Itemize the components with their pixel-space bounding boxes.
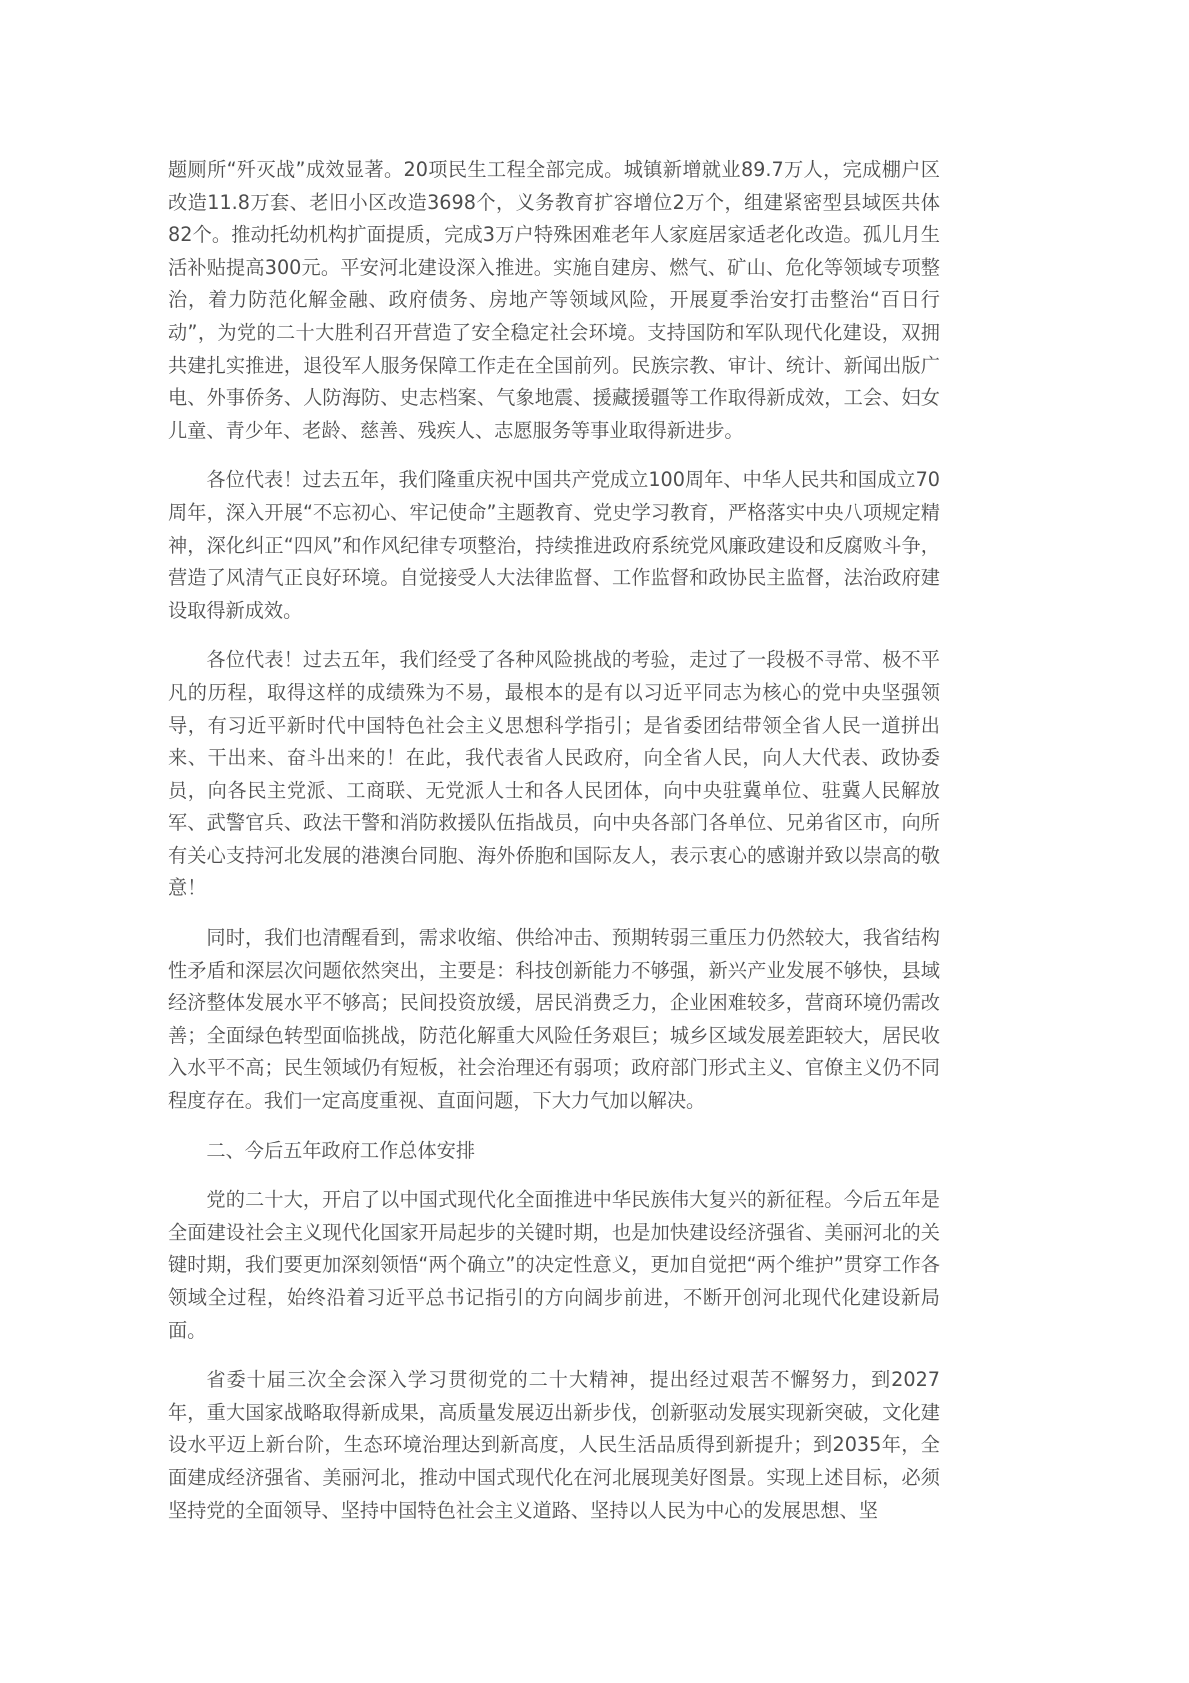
section-heading: 二、今后五年政府工作总体安排	[168, 1135, 940, 1168]
document-page: 题厕所“歼灭战”成效显著。20项民生工程全部完成。城镇新增就业89.7万人，完成…	[168, 154, 940, 1544]
paragraph-challenges: 同时，我们也清醒看到，需求收缩、供给冲击、预期转弱三重压力仍然较大，我省结构性矛…	[168, 922, 940, 1118]
paragraph-goals: 省委十届三次全会深入学习贯彻党的二十大精神，提出经过艰苦不懈努力，到2027年，…	[168, 1364, 940, 1527]
paragraph-livelihood-achievements: 题厕所“歼灭战”成效显著。20项民生工程全部完成。城镇新增就业89.7万人，完成…	[168, 154, 940, 447]
paragraph-acknowledgements: 各位代表！过去五年，我们经受了各种风险挑战的考验，走过了一段极不寻常、极不平凡的…	[168, 644, 940, 905]
paragraph-party-building: 各位代表！过去五年，我们隆重庆祝中国共产党成立100周年、中华人民共和国成立70…	[168, 464, 940, 627]
paragraph-new-journey: 党的二十大，开启了以中国式现代化全面推进中华民族伟大复兴的新征程。今后五年是全面…	[168, 1184, 940, 1347]
